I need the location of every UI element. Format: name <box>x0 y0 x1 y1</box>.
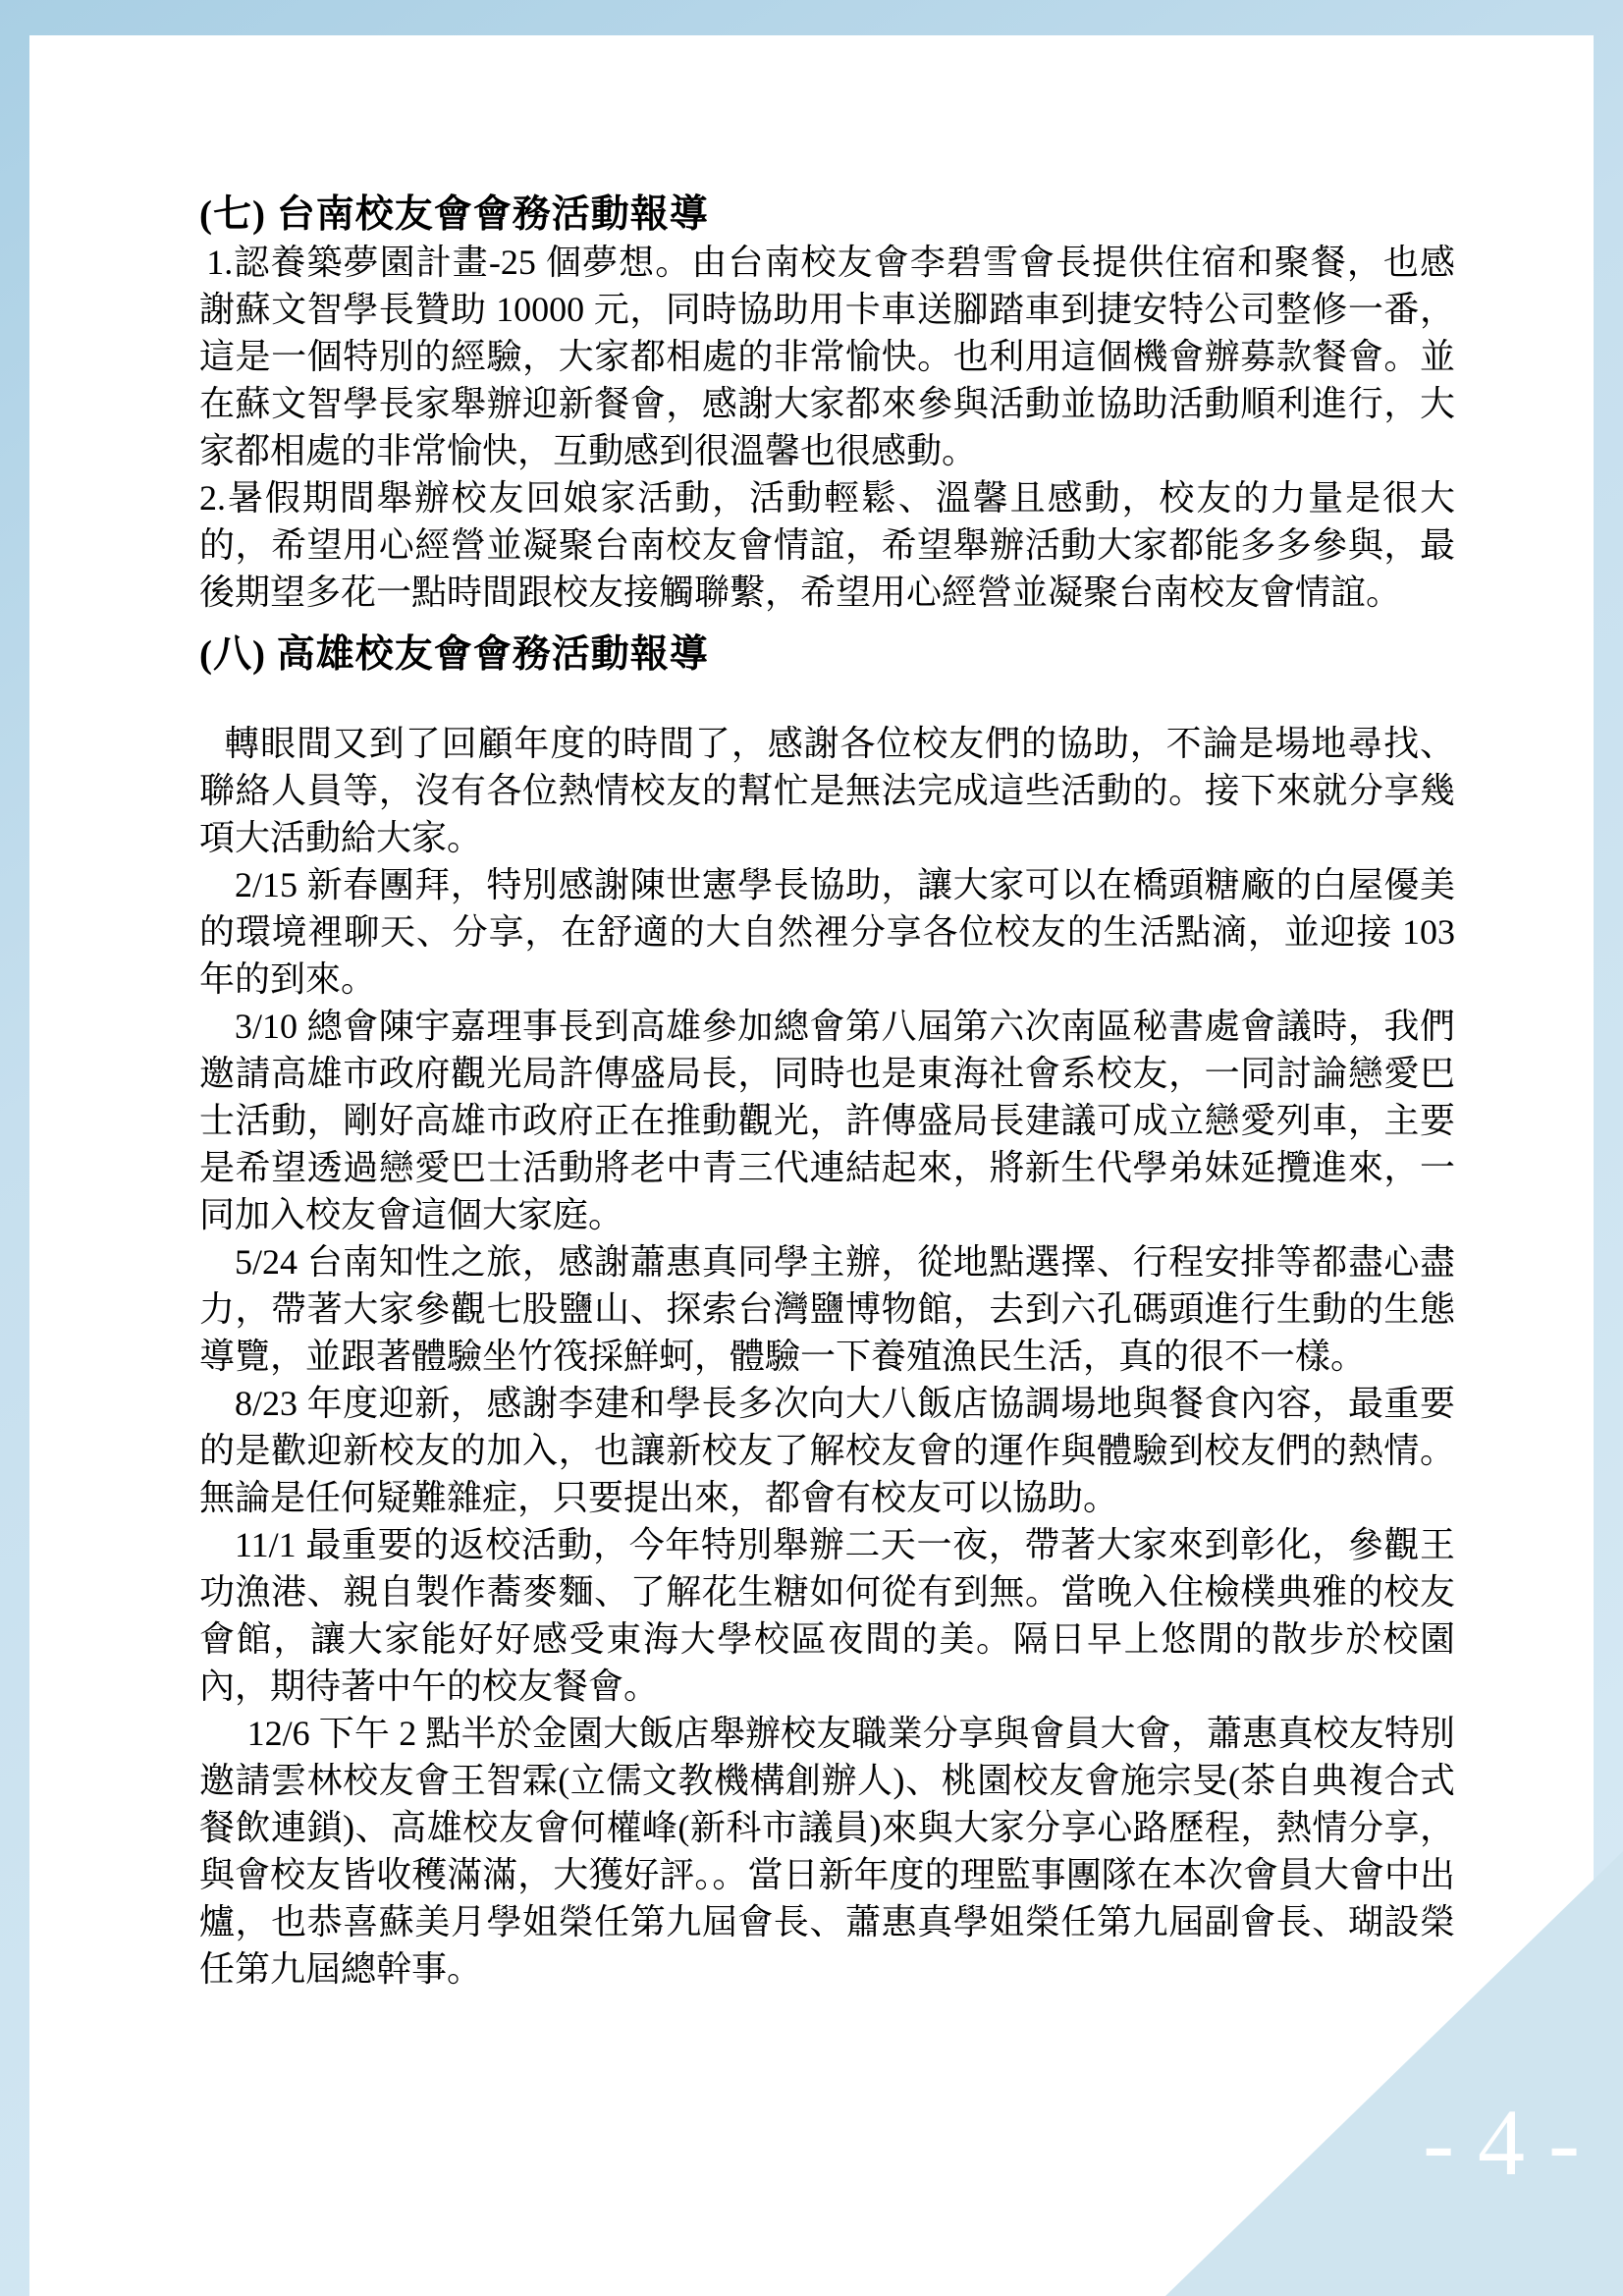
document-page: (七) 台南校友會會務活動報導 1.認養築夢園計畫-25 個夢想。由台南校友會李… <box>29 35 1594 2296</box>
page-number: - 4 - <box>1423 2096 1580 2190</box>
section-8-paragraph-nov1: 11/1 最重要的返校活動，今年特別舉辦二天一夜，帶著大家來到彰化，參觀王功漁港… <box>199 1521 1455 1710</box>
section-8-paragraph-mar10: 3/10 總會陳宇嘉理事長到高雄參加總會第八屆第六次南區秘書處會議時，我們邀請高… <box>199 1003 1455 1238</box>
section-7-item-2: 2.暑假期間舉辦校友回娘家活動，活動輕鬆、溫馨且感動，校友的力量是很大的，希望用… <box>199 474 1455 616</box>
section-8-paragraph-may24: 5/24 台南知性之旅，感謝蕭惠真同學主辦，從地點選擇、行程安排等都盡心盡力，帶… <box>199 1238 1455 1380</box>
section-8-paragraph-feb15: 2/15 新春團拜，特別感謝陳世憲學長協助，讓大家可以在橋頭糖廠的白屋優美的環境… <box>199 861 1455 1003</box>
section-8-paragraph-aug23: 8/23 年度迎新，感謝李建和學長多次向大八飯店協調場地與餐食內容，最重要的是歡… <box>199 1380 1455 1521</box>
document-content: (七) 台南校友會會務活動報導 1.認養築夢園計畫-25 個夢想。由台南校友會李… <box>199 191 1455 1993</box>
section-7-item-1: 1.認養築夢園計畫-25 個夢想。由台南校友會李碧雪會長提供住宿和聚餐，也感謝蘇… <box>199 239 1455 474</box>
section-8-paragraph-dec6: 12/6 下午 2 點半於金園大飯店舉辦校友職業分享與會員大會，蕭惠真校友特別邀… <box>199 1710 1455 1993</box>
section-8-heading: (八) 高雄校友會會務活動報導 <box>199 631 1455 679</box>
section-7-heading: (七) 台南校友會會務活動報導 <box>199 191 1455 239</box>
section-8-paragraph-intro: 轉眼間又到了回顧年度的時間了，感謝各位校友們的協助，不論是場地尋找、聯絡人員等，… <box>199 720 1455 861</box>
